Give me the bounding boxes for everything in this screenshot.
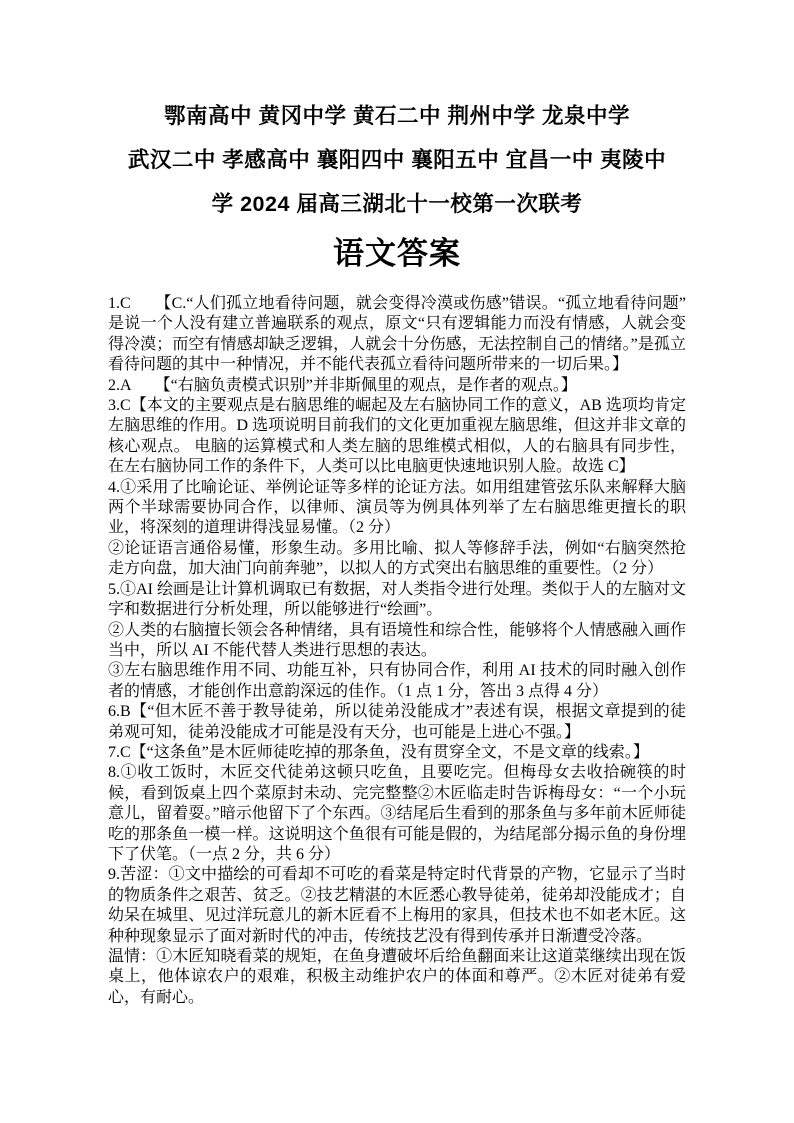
document-title: 语文答案 [0, 234, 794, 274]
answer-paragraph-q1: 1.C 【C.“人们孤立地看待问题，就会变得冷漠或伤感”错误。“孤立地看待问题”… [108, 294, 686, 376]
answer-paragraph-q6: 6.B【“但木匠不善于教导徒弟，所以徒弟没能成才”表述有误，根据文章提到的徒弟观… [108, 702, 686, 743]
answer-paragraph-q9-warm: 温情：①木匠知晓看菜的规矩，在鱼身遭破坏后给鱼翻面来让这道菜继续出现在饭桌上，他… [108, 947, 686, 1008]
answer-paragraph-q2: 2.A 【“右脑负责模式识别”并非斯佩里的观点，是作者的观点。】 [108, 376, 686, 396]
answer-paragraph-q9-bitter: 9.苦涩：①文中描绘的可看却不可吃的看菜是特定时代背景的产物，它显示了当时的物质… [108, 865, 686, 947]
school-names-line-2: 武汉二中 孝感高中 襄阳四中 襄阳五中 宜昌一中 夷陵中 [0, 138, 794, 182]
school-names-line-3: 学 2024 届高三湖北十一校第一次联考 [0, 182, 794, 226]
answer-paragraph-q8: 8.①收工饭时，木匠交代徒弟这顿只吃鱼，且要吃完。但梅母女去收拾碗筷的时候，看到… [108, 763, 686, 865]
answers-body: 1.C 【C.“人们孤立地看待问题，就会变得冷漠或伤感”错误。“孤立地看待问题”… [108, 294, 686, 1008]
answer-paragraph-q5-point3: ③左右脑思维作用不同、功能互补，只有协同合作，利用 AI 技术的同时融入创作者的… [108, 661, 686, 702]
answer-paragraph-q5-point1: 5.①AI 绘画是让计算机调取已有数据，对人类指令进行处理。类似于人的左脑对文字… [108, 580, 686, 621]
document-header: 鄂南高中 黄冈中学 黄石二中 荆州中学 龙泉中学 武汉二中 孝感高中 襄阳四中 … [0, 0, 794, 274]
answer-paragraph-q7: 7.C【“这条鱼”是木匠师徒吃掉的那条鱼，没有贯穿全文，不是文章的线索。】 [108, 743, 686, 763]
answer-paragraph-q5-point2: ②人类的右脑擅长领会各种情绪，具有语境性和综合性，能够将个人情感融入画作当中，所… [108, 621, 686, 662]
document-page: 鄂南高中 黄冈中学 黄石二中 荆州中学 龙泉中学 武汉二中 孝感高中 襄阳四中 … [0, 0, 794, 1123]
answer-paragraph-q4-point1: 4.①采用了比喻论证、举例论证等多样的论证方法。如用组建管弦乐队来解释大脑两个半… [108, 478, 686, 539]
answer-paragraph-q4-point2: ②论证语言通俗易懂，形象生动。多用比喻、拟人等修辞手法，例如“右脑突然抢走方向盘… [108, 539, 686, 580]
school-names-line-1: 鄂南高中 黄冈中学 黄石二中 荆州中学 龙泉中学 [0, 94, 794, 138]
answer-paragraph-q3: 3.C【本文的主要观点是右脑思维的崛起及左右脑协同工作的意义，AB 选项均肯定左… [108, 396, 686, 478]
